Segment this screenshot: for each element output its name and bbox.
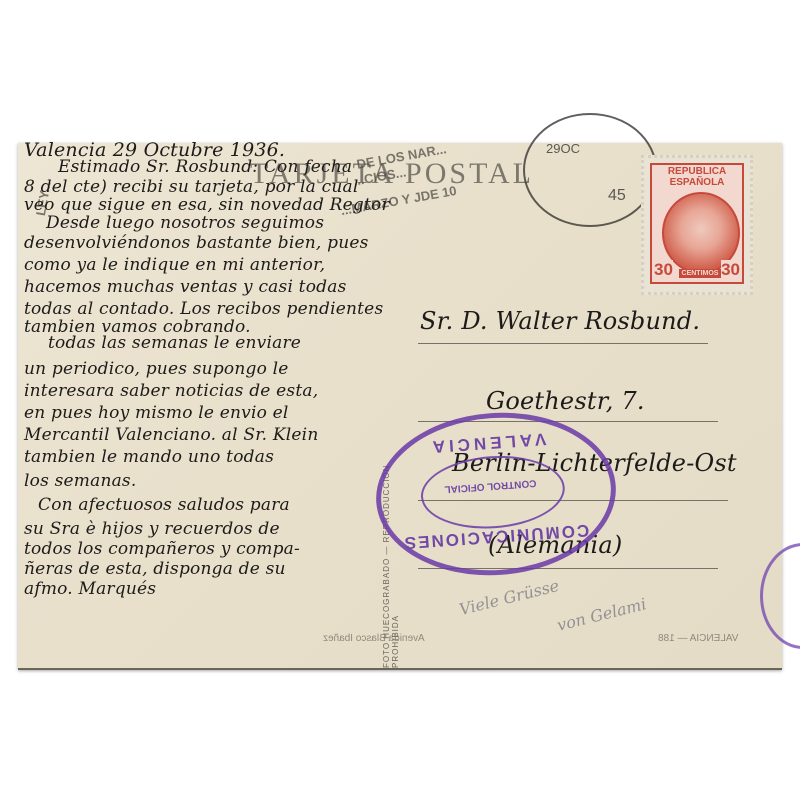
message-line: en pues hoy mismo le envio el xyxy=(24,405,289,422)
message-line: Con afectuosos saludos para xyxy=(38,497,290,514)
message-line: ñeras de esta, disponga de su xyxy=(24,561,286,578)
message-line: su Sra è hijos y recuerdos de xyxy=(24,521,280,538)
censor-stamp-partial xyxy=(760,543,800,649)
printer-imprint-left: Avenida Blasco Ibañez xyxy=(323,633,425,644)
stamp-value-right: 30 xyxy=(721,260,740,280)
message-line: los semanas. xyxy=(24,473,136,490)
message-line: Estimado Sr. Rosbund: Con fecha xyxy=(58,159,352,176)
message-line: todas al contado. Los recibos pendientes xyxy=(24,301,383,318)
message-line: Mercantil Valenciano. al Sr. Klein xyxy=(24,427,318,444)
message-line: un periodico, pues supongo le xyxy=(24,361,289,378)
message-line: como ya le indique en mi anterior, xyxy=(24,257,325,274)
stamp-value-left: 30 xyxy=(654,260,673,280)
pencil-note-line: Viele Grüsse xyxy=(457,576,561,619)
vertical-imprint: FOTO HUECOGRABADO — REPRODUCCION PROHIBI… xyxy=(382,413,394,668)
message-line: todas las semanas le enviare xyxy=(48,335,301,352)
postmark-circle xyxy=(523,113,657,227)
stamp-country: REPUBLICA ESPAÑOLA xyxy=(652,166,742,188)
message-line: Desde luego nosotros seguimos xyxy=(46,215,324,232)
message-line: tambien le mando uno todas xyxy=(24,449,274,466)
address-street: Goethestr, 7. xyxy=(486,389,645,413)
message-line: veo que sigue en esa, sin novedad Regtor xyxy=(24,197,390,214)
message-line: todos los compañeros y compa- xyxy=(24,541,300,558)
postmark-date: 29OC xyxy=(546,141,580,156)
message-line: hacemos muchas ventas y casi todas xyxy=(24,279,347,296)
message-line: afmo. Marqués xyxy=(24,581,156,598)
message-line: desenvolviéndonos bastante bien, pues xyxy=(24,235,369,252)
postcard: TARJETA POSTAL DE LOS NAR... ...CIOS... … xyxy=(18,143,782,670)
stamp-centimos: CENTIMOS xyxy=(679,269,721,278)
censor-top-text: VALENCIA xyxy=(427,428,548,456)
message-line: interesara saber noticias de esta, xyxy=(24,383,318,400)
address-rule xyxy=(418,343,708,344)
message-line: 8 del cte) recibi su tarjeta, por la cua… xyxy=(24,179,358,196)
pencil-note-line: von Gelami xyxy=(555,594,648,635)
postmark-number: 45 xyxy=(608,187,626,205)
postage-stamp: REPUBLICA ESPAÑOLA 30 30 CENTIMOS xyxy=(641,155,753,295)
address-name: Sr. D. Walter Rosbund. xyxy=(420,309,700,333)
printer-imprint-right: VALENCIA — 188 xyxy=(658,633,738,644)
